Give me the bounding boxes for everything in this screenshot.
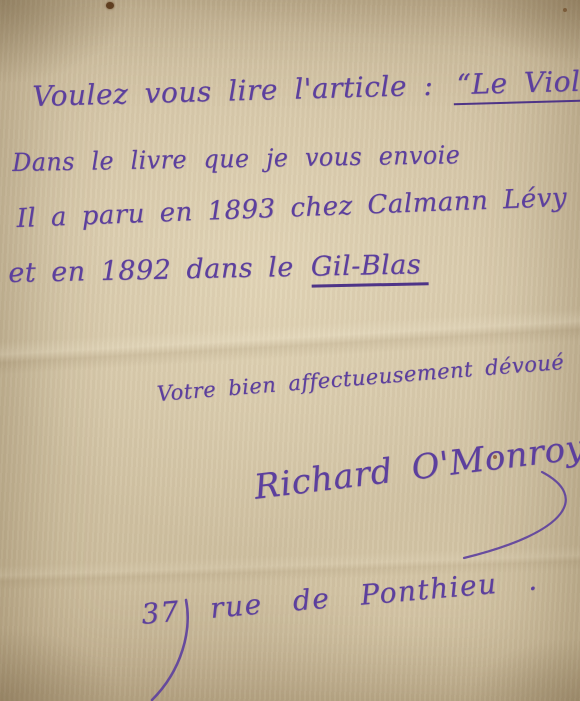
line4-lead-text: et en 1892 dans le (8, 252, 309, 289)
letter-line-opening: Voulez vous lire l'article : “Le Violon” (32, 63, 580, 113)
paper-speck (106, 2, 114, 9)
paper-speck (563, 8, 567, 12)
address-line: 37 rue de Ponthieu . (140, 563, 539, 631)
article-title-underlined: “Le Violon” (453, 63, 580, 105)
signature: Richard O'Monroy (252, 427, 580, 507)
line1-lead-text: Voulez vous lire l'article : (32, 68, 450, 113)
journal-name-underlined: Gil-Blas (310, 249, 428, 287)
letter-line-3: Il a paru en 1893 chez Calmann Lévy (16, 183, 568, 234)
letter-line-4: et en 1892 dans le Gil-Blas (8, 249, 429, 289)
letter-photograph: Voulez vous lire l'article : “Le Violon”… (0, 0, 580, 701)
letter-line-2: Dans le livre que je vous envoie (12, 140, 460, 177)
letter-closing-salutation: Votre bien affectueusement dévoué (156, 350, 565, 406)
